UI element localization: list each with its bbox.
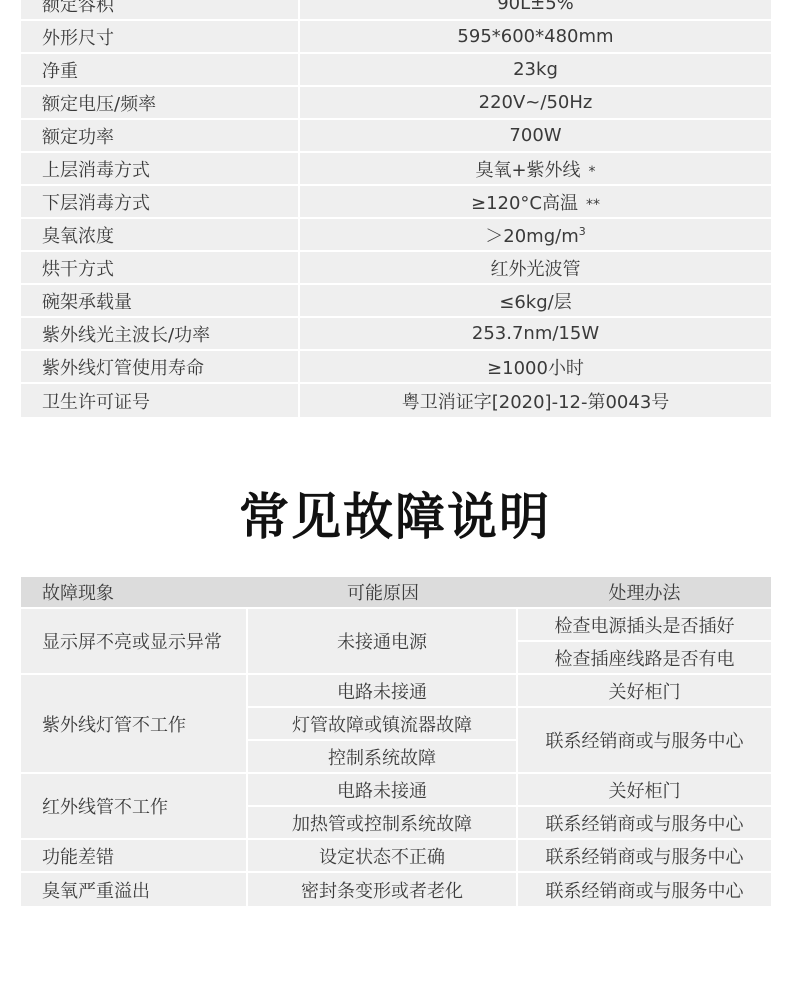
footnote-mark: * [589,164,596,180]
fault-cause: 灯管故障或镇流器故障 [248,708,518,741]
spec-value: 23kg [300,54,771,87]
spec-row-power: 额定功率 700W [21,120,771,153]
spec-label: 额定功率 [21,120,300,153]
spec-label: 碗架承载量 [21,285,300,318]
spec-value: ＞20mg/m3 [300,219,771,252]
header-fix: 处理办法 [518,577,771,609]
spec-row-uv-wavelength: 紫外线光主波长/功率 253.7nm/15W [21,318,771,351]
fault-cause: 电路未接通 [248,675,518,708]
fault-row: 显示屏不亮或显示异常 未接通电源 检查电源插头是否插好 [21,609,771,642]
fault-fix: 关好柜门 [518,774,771,807]
footnote-mark: ** [586,197,600,213]
spec-row-capacity: 额定容积 90L±5% [21,0,771,21]
spec-row-dimensions: 外形尺寸 595*600*480mm [21,21,771,54]
fault-fix: 联系经销商或与服务中心 [518,708,771,774]
fault-symptom: 紫外线灯管不工作 [21,675,248,774]
spec-value: 220V~/50Hz [300,87,771,120]
spec-row-rack-load: 碗架承载量 ≤6kg/层 [21,285,771,318]
spec-row-net-weight: 净重 23kg [21,54,771,87]
spec-value: ≤6kg/层 [300,285,771,318]
spec-value: 红外光波管 [300,252,771,285]
spec-value: ≥1000小时 [300,351,771,384]
spec-table: 额定容积 90L±5% 外形尺寸 595*600*480mm 净重 23kg 额… [21,0,771,417]
spec-value-text: 臭氧+紫外线 [475,160,580,181]
spec-value: ≥120°C高温** [300,186,771,219]
spec-value: 90L±5% [300,0,771,21]
fault-cause: 密封条变形或者老化 [248,873,518,906]
fault-symptom: 显示屏不亮或显示异常 [21,609,248,675]
spec-label: 外形尺寸 [21,21,300,54]
spec-label: 臭氧浓度 [21,219,300,252]
spec-row-license: 卫生许可证号 粤卫消证字[2020]-12-第0043号 [21,384,771,417]
fault-cause: 未接通电源 [248,609,518,675]
spec-value: 253.7nm/15W [300,318,771,351]
spec-value: 粤卫消证字[2020]-12-第0043号 [300,384,771,417]
spec-row-drying-method: 烘干方式 红外光波管 [21,252,771,285]
spec-value-text: ≥120°C高温 [471,193,578,214]
fault-cause: 设定状态不正确 [248,840,518,873]
spec-row-uv-lifetime: 紫外线灯管使用寿命 ≥1000小时 [21,351,771,384]
fault-row: 红外线管不工作 电路未接通 关好柜门 [21,774,771,807]
fault-fix: 关好柜门 [518,675,771,708]
spec-label: 上层消毒方式 [21,153,300,186]
fault-row: 紫外线灯管不工作 电路未接通 关好柜门 [21,675,771,708]
fault-cause: 控制系统故障 [248,741,518,774]
fault-fix: 检查电源插头是否插好 [518,609,771,642]
fault-row: 功能差错 设定状态不正确 联系经销商或与服务中心 [21,840,771,873]
fault-fix: 检查插座线路是否有电 [518,642,771,675]
fault-cause: 加热管或控制系统故障 [248,807,518,840]
fault-fix: 联系经销商或与服务中心 [518,807,771,840]
fault-row: 臭氧严重溢出 密封条变形或者老化 联系经销商或与服务中心 [21,873,771,906]
spec-label: 下层消毒方式 [21,186,300,219]
spec-value-text: ＞20mg/m [485,226,578,247]
header-cause: 可能原因 [248,577,518,609]
header-symptom: 故障现象 [21,577,248,609]
spec-row-upper-disinfection: 上层消毒方式 臭氧+紫外线* [21,153,771,186]
fault-symptom: 红外线管不工作 [21,774,248,840]
spec-label: 卫生许可证号 [21,384,300,417]
spec-label: 烘干方式 [21,252,300,285]
spec-row-ozone-concentration: 臭氧浓度 ＞20mg/m3 [21,219,771,252]
spec-value: 700W [300,120,771,153]
fault-table-header: 故障现象 可能原因 处理办法 [21,577,771,609]
fault-section-title: 常见故障说明 [0,477,790,549]
fault-table: 故障现象 可能原因 处理办法 显示屏不亮或显示异常 未接通电源 检查电源插头是否… [21,577,771,906]
spec-value: 臭氧+紫外线* [300,153,771,186]
fault-symptom: 功能差错 [21,840,248,873]
superscript: 3 [579,225,586,238]
fault-fix: 联系经销商或与服务中心 [518,840,771,873]
fault-cause: 电路未接通 [248,774,518,807]
spec-label: 净重 [21,54,300,87]
spec-row-lower-disinfection: 下层消毒方式 ≥120°C高温** [21,186,771,219]
fault-symptom: 臭氧严重溢出 [21,873,248,906]
spec-label: 紫外线灯管使用寿命 [21,351,300,384]
spec-value: 595*600*480mm [300,21,771,54]
spec-label: 额定电压/频率 [21,87,300,120]
spec-label: 额定容积 [21,0,300,21]
spec-row-voltage: 额定电压/频率 220V~/50Hz [21,87,771,120]
fault-fix: 联系经销商或与服务中心 [518,873,771,906]
spec-label: 紫外线光主波长/功率 [21,318,300,351]
